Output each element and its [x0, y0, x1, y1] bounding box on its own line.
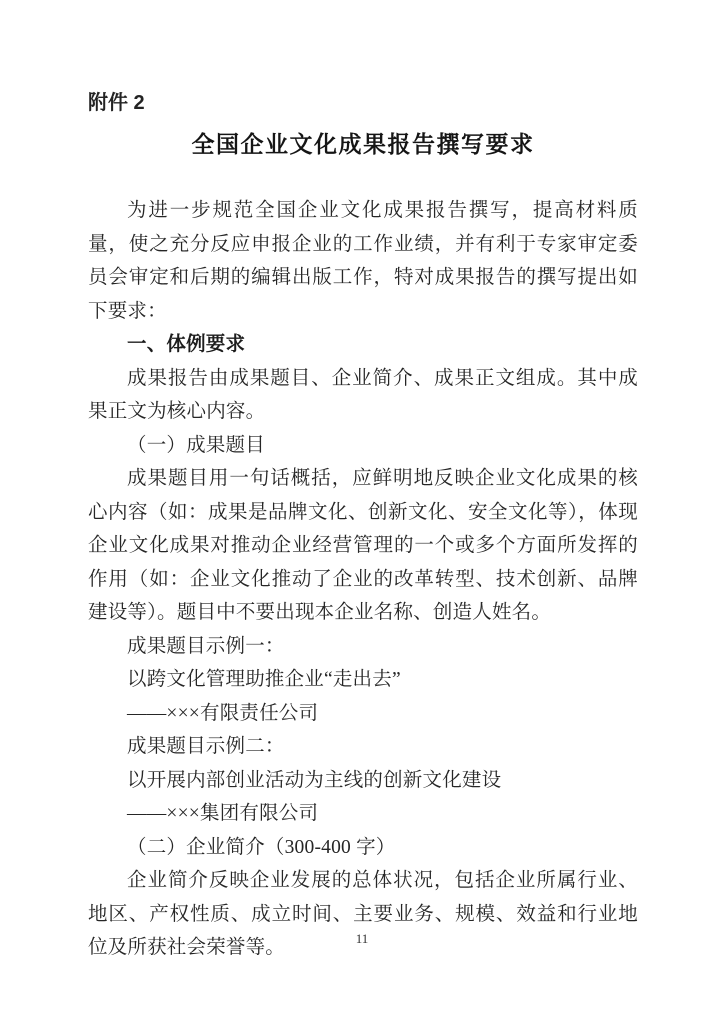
example-2-company: ——×××集团有限公司 — [88, 797, 638, 831]
attachment-label: 附件 2 — [88, 90, 638, 116]
document-body: 为进一步规范全国企业文化成果报告撰写，提高材料质量，使之充分反应申报企业的工作业… — [88, 194, 638, 965]
example-2-label: 成果题目示例二： — [88, 730, 638, 764]
document-title: 全国企业文化成果报告撰写要求 — [88, 128, 638, 162]
subsection-2-body: 企业简介反映企业发展的总体状况，包括企业所属行业、地区、产权性质、成立时间、主要… — [88, 864, 638, 965]
section-1-body: 成果报告由成果题目、企业简介、成果正文组成。其中成果正文为核心内容。 — [88, 362, 638, 429]
document-page: 附件 2 全国企业文化成果报告撰写要求 为进一步规范全国企业文化成果报告撰写，提… — [0, 0, 724, 1024]
page-number: 11 — [0, 931, 724, 947]
example-2-title: 以开展内部创业活动为主线的创新文化建设 — [88, 764, 638, 798]
example-1-title: 以跨文化管理助推企业“走出去” — [88, 663, 638, 697]
example-1-company: ——×××有限责任公司 — [88, 697, 638, 731]
section-1-heading: 一、体例要求 — [88, 328, 638, 362]
intro-paragraph: 为进一步规范全国企业文化成果报告撰写，提高材料质量，使之充分反应申报企业的工作业… — [88, 194, 638, 328]
subsection-1-body: 成果题目用一句话概括，应鲜明地反映企业文化成果的核心内容（如：成果是品牌文化、创… — [88, 462, 638, 630]
example-1-label: 成果题目示例一： — [88, 630, 638, 664]
subsection-1-heading: （一）成果题目 — [88, 429, 638, 463]
subsection-2-heading: （二）企业简介（300-400 字） — [88, 831, 638, 865]
